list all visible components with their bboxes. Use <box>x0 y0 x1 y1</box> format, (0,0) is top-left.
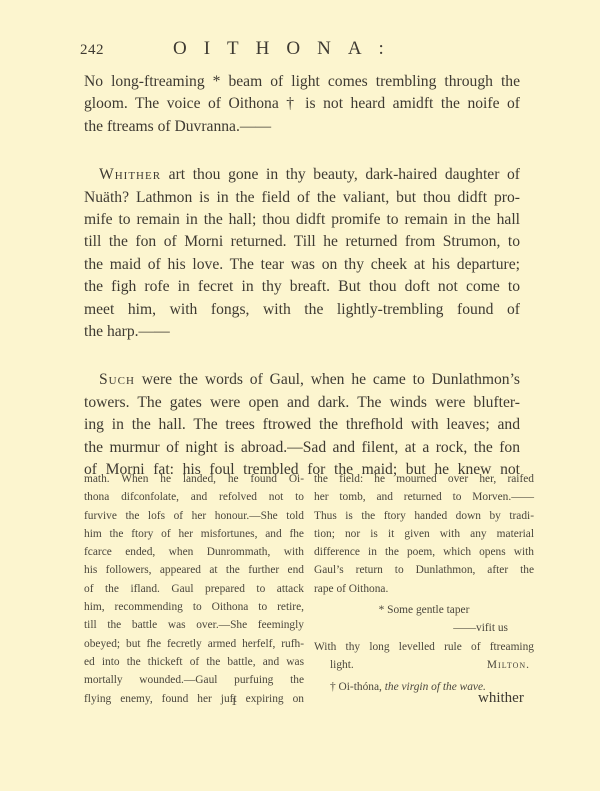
footnote-line: * Some gentle taper <box>314 601 534 619</box>
text-fragment: were the words of Gaul, when he came to … <box>135 371 520 388</box>
lead-word: Whither <box>99 166 161 183</box>
footnote-mark: † Oi-thóna, <box>330 681 385 693</box>
text-line: the figh rofe in fecret in thy breaft. B… <box>84 276 520 298</box>
footnote-line: light. Milton. <box>314 656 534 674</box>
footnote-line: ——vifit us <box>314 619 534 637</box>
paragraph-3: Such were the words of Gaul, when he cam… <box>84 369 520 481</box>
note-line: ed into the thickeft of the battle, and … <box>84 653 304 671</box>
note-line: rape of Oithona. <box>314 580 534 598</box>
page-number: 242 <box>80 42 104 59</box>
footnote-gloss: the virgin of the wave. <box>385 681 486 693</box>
footnote-attribution: Milton. <box>487 656 530 674</box>
book-page: 242 OITHONA: No long-ftreaming * beam of… <box>0 0 600 791</box>
text-line: the maid of his love. The tear was on th… <box>84 254 520 276</box>
lead-word: Such <box>99 371 135 388</box>
note-line: the field: he mourned over her, raifed <box>314 470 534 488</box>
note-line: tion; nor is it given with any material <box>314 525 534 543</box>
note-line: her tomb, and returned to Morven.—— <box>314 488 534 506</box>
note-line: furvive the lofs of her honour.—She told <box>84 507 304 525</box>
footnote-star: * Some gentle taper ——vifit us With thy … <box>314 601 534 674</box>
footnote-line: With thy long levelled rule of ftreaming <box>314 638 534 656</box>
text-line: till the fon of Morni returned. Till he … <box>84 231 520 253</box>
paragraph-2: Whither art thou gone in thy beauty, dar… <box>84 164 520 343</box>
footnote-word: light. <box>330 656 354 674</box>
note-line: Gaul’s return to Dunlathmon, after the <box>314 561 534 579</box>
text-line: mife to remain in the hall; thou didft p… <box>84 209 520 231</box>
text-fragment: art thou gone in thy beauty, dark-haired… <box>161 166 520 183</box>
note-line: him the ftory of her misfortunes, and fh… <box>84 525 304 543</box>
notes-left-column: math. When he landed, he found Oi- thona… <box>84 470 304 708</box>
text-line: ing in the hall. The trees ftrowed the t… <box>84 414 520 436</box>
text-line: Nuäth? Lathmon is in the field of the va… <box>84 187 520 209</box>
note-line: till the battle was over.—She feemingly <box>84 616 304 634</box>
signature-mark: 1 <box>231 692 237 710</box>
text-line: the ftreams of Duvranna.—— <box>84 116 520 138</box>
text-line: meet him, with fongs, with the lightly-t… <box>84 299 520 321</box>
text-line: Such were the words of Gaul, when he cam… <box>84 369 520 391</box>
note-line: his followers, appeared at the further e… <box>84 561 304 579</box>
note-line: Thus is the ftory handed down by tradi- <box>314 507 534 525</box>
notes-right-column: the field: he mourned over her, raifed h… <box>314 470 534 697</box>
running-title: OITHONA: <box>173 38 401 60</box>
text-line: No long-ftreaming * beam of light comes … <box>84 71 520 93</box>
catchword: whither <box>478 690 524 707</box>
note-line: flying enemy, found her juft expiring on <box>84 690 304 708</box>
text-line: Whither art thou gone in thy beauty, dar… <box>84 164 520 186</box>
page-header: 242 OITHONA: <box>80 38 540 62</box>
note-line: him, recommending to Oithona to retire, <box>84 598 304 616</box>
text-line: gloom. The voice of Oithona † is not hea… <box>84 93 520 115</box>
note-line: math. When he landed, he found Oi- <box>84 470 304 488</box>
text-line: the harp.—— <box>84 321 520 343</box>
note-line: thona difconfolate, and refolved not to <box>84 488 304 506</box>
paragraph-1: No long-ftreaming * beam of light comes … <box>84 71 520 138</box>
note-line: fcarce ended, when Dunrommath, with <box>84 543 304 561</box>
note-line: difference in the poem, which opens with <box>314 543 534 561</box>
text-line: the murmur of night is abroad.—Sad and f… <box>84 437 520 459</box>
note-line: mortally wounded.—Gaul purfuing the <box>84 671 304 689</box>
text-line: towers. The gates were open and dark. Th… <box>84 392 520 414</box>
note-line: obeyed; but fhe fecretly armed herfelf, … <box>84 635 304 653</box>
note-line: of the ifland. Gaul prepared to attack <box>84 580 304 598</box>
main-text: No long-ftreaming * beam of light comes … <box>84 71 520 482</box>
